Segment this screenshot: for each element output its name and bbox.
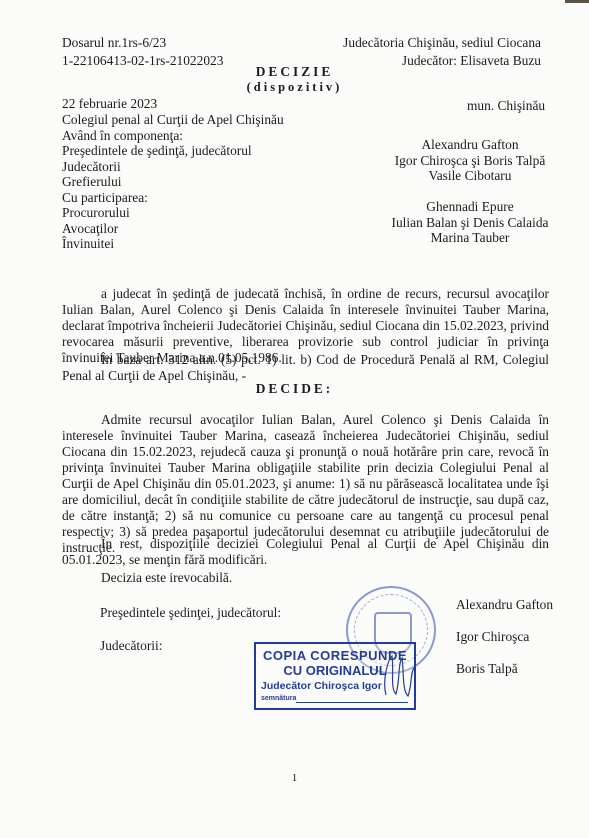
president-name: Alexandru Gafton (456, 597, 553, 613)
case-number: Dosarul nr.1rs-6/23 (62, 34, 223, 52)
page-number: 1 (0, 772, 589, 784)
paragraph-irrevocable: Decizia este irevocabilă. (62, 570, 549, 586)
value-accused: Marina Tauber (380, 230, 560, 246)
value-clerk: Vasile Cibotaru (380, 168, 560, 184)
stamp-line3: Judecător Chiroşca Igor (261, 680, 382, 692)
college-name: Colegiul penal al Curţii de Apel Chişină… (62, 112, 284, 128)
composition-labels: Colegiul penal al Curţii de Apel Chişină… (62, 112, 284, 252)
label-accused: Învinuitei (62, 236, 284, 252)
court-name: Judecătoria Chişinău, sediul Ciocana (343, 34, 541, 52)
stamp-signature-line (296, 702, 408, 703)
composition-values: Alexandru Gafton Igor Chiroşca şi Boris … (380, 137, 560, 246)
document-subtitle: (dispozitiv) (0, 80, 589, 95)
label-president: Preşedintele de şedinţă, judecătorul (62, 143, 284, 159)
judges-signature-label: Judecătorii: (100, 638, 162, 654)
handwritten-signature-icon (378, 650, 418, 700)
scan-edge-mark (565, 0, 589, 3)
paragraph-rest: În rest, dispoziţiile deciziei Colegiulu… (62, 536, 549, 568)
president-signature-label: Preşedintele şedinţei, judecătorul: (100, 605, 281, 621)
value-judges: Igor Chiroşca şi Boris Talpă (380, 153, 560, 169)
document-title: DECIZIE (0, 64, 589, 80)
label-prosecutor: Procurorului (62, 205, 284, 221)
label-clerk: Grefierului (62, 174, 284, 190)
label-judges: Judecătorii (62, 159, 284, 175)
label-lawyers: Avocaţilor (62, 221, 284, 237)
value-prosecutor: Ghennadi Epure (380, 199, 560, 215)
decision-date: 22 februarie 2023 (62, 96, 157, 112)
value-president: Alexandru Gafton (380, 137, 560, 153)
composition-intro: Având în componenţa: (62, 128, 284, 144)
participation-intro: Cu participarea: (62, 190, 284, 206)
judge2-name: Boris Talpă (456, 661, 518, 677)
decision-place: mun. Chişinău (467, 98, 545, 114)
stamp-line4: semnătura (261, 695, 296, 702)
decide-heading: DECIDE: (0, 381, 589, 397)
paragraph-admits: Admite recursul avocaţilor Iulian Balan,… (62, 412, 549, 556)
judge1-name: Igor Chiroşca (456, 629, 529, 645)
paragraph-legal-basis: În baza art. 312 alin. (5) pct. 1) lit. … (62, 352, 549, 384)
value-lawyers: Iulian Balan şi Denis Calaida (380, 215, 560, 231)
